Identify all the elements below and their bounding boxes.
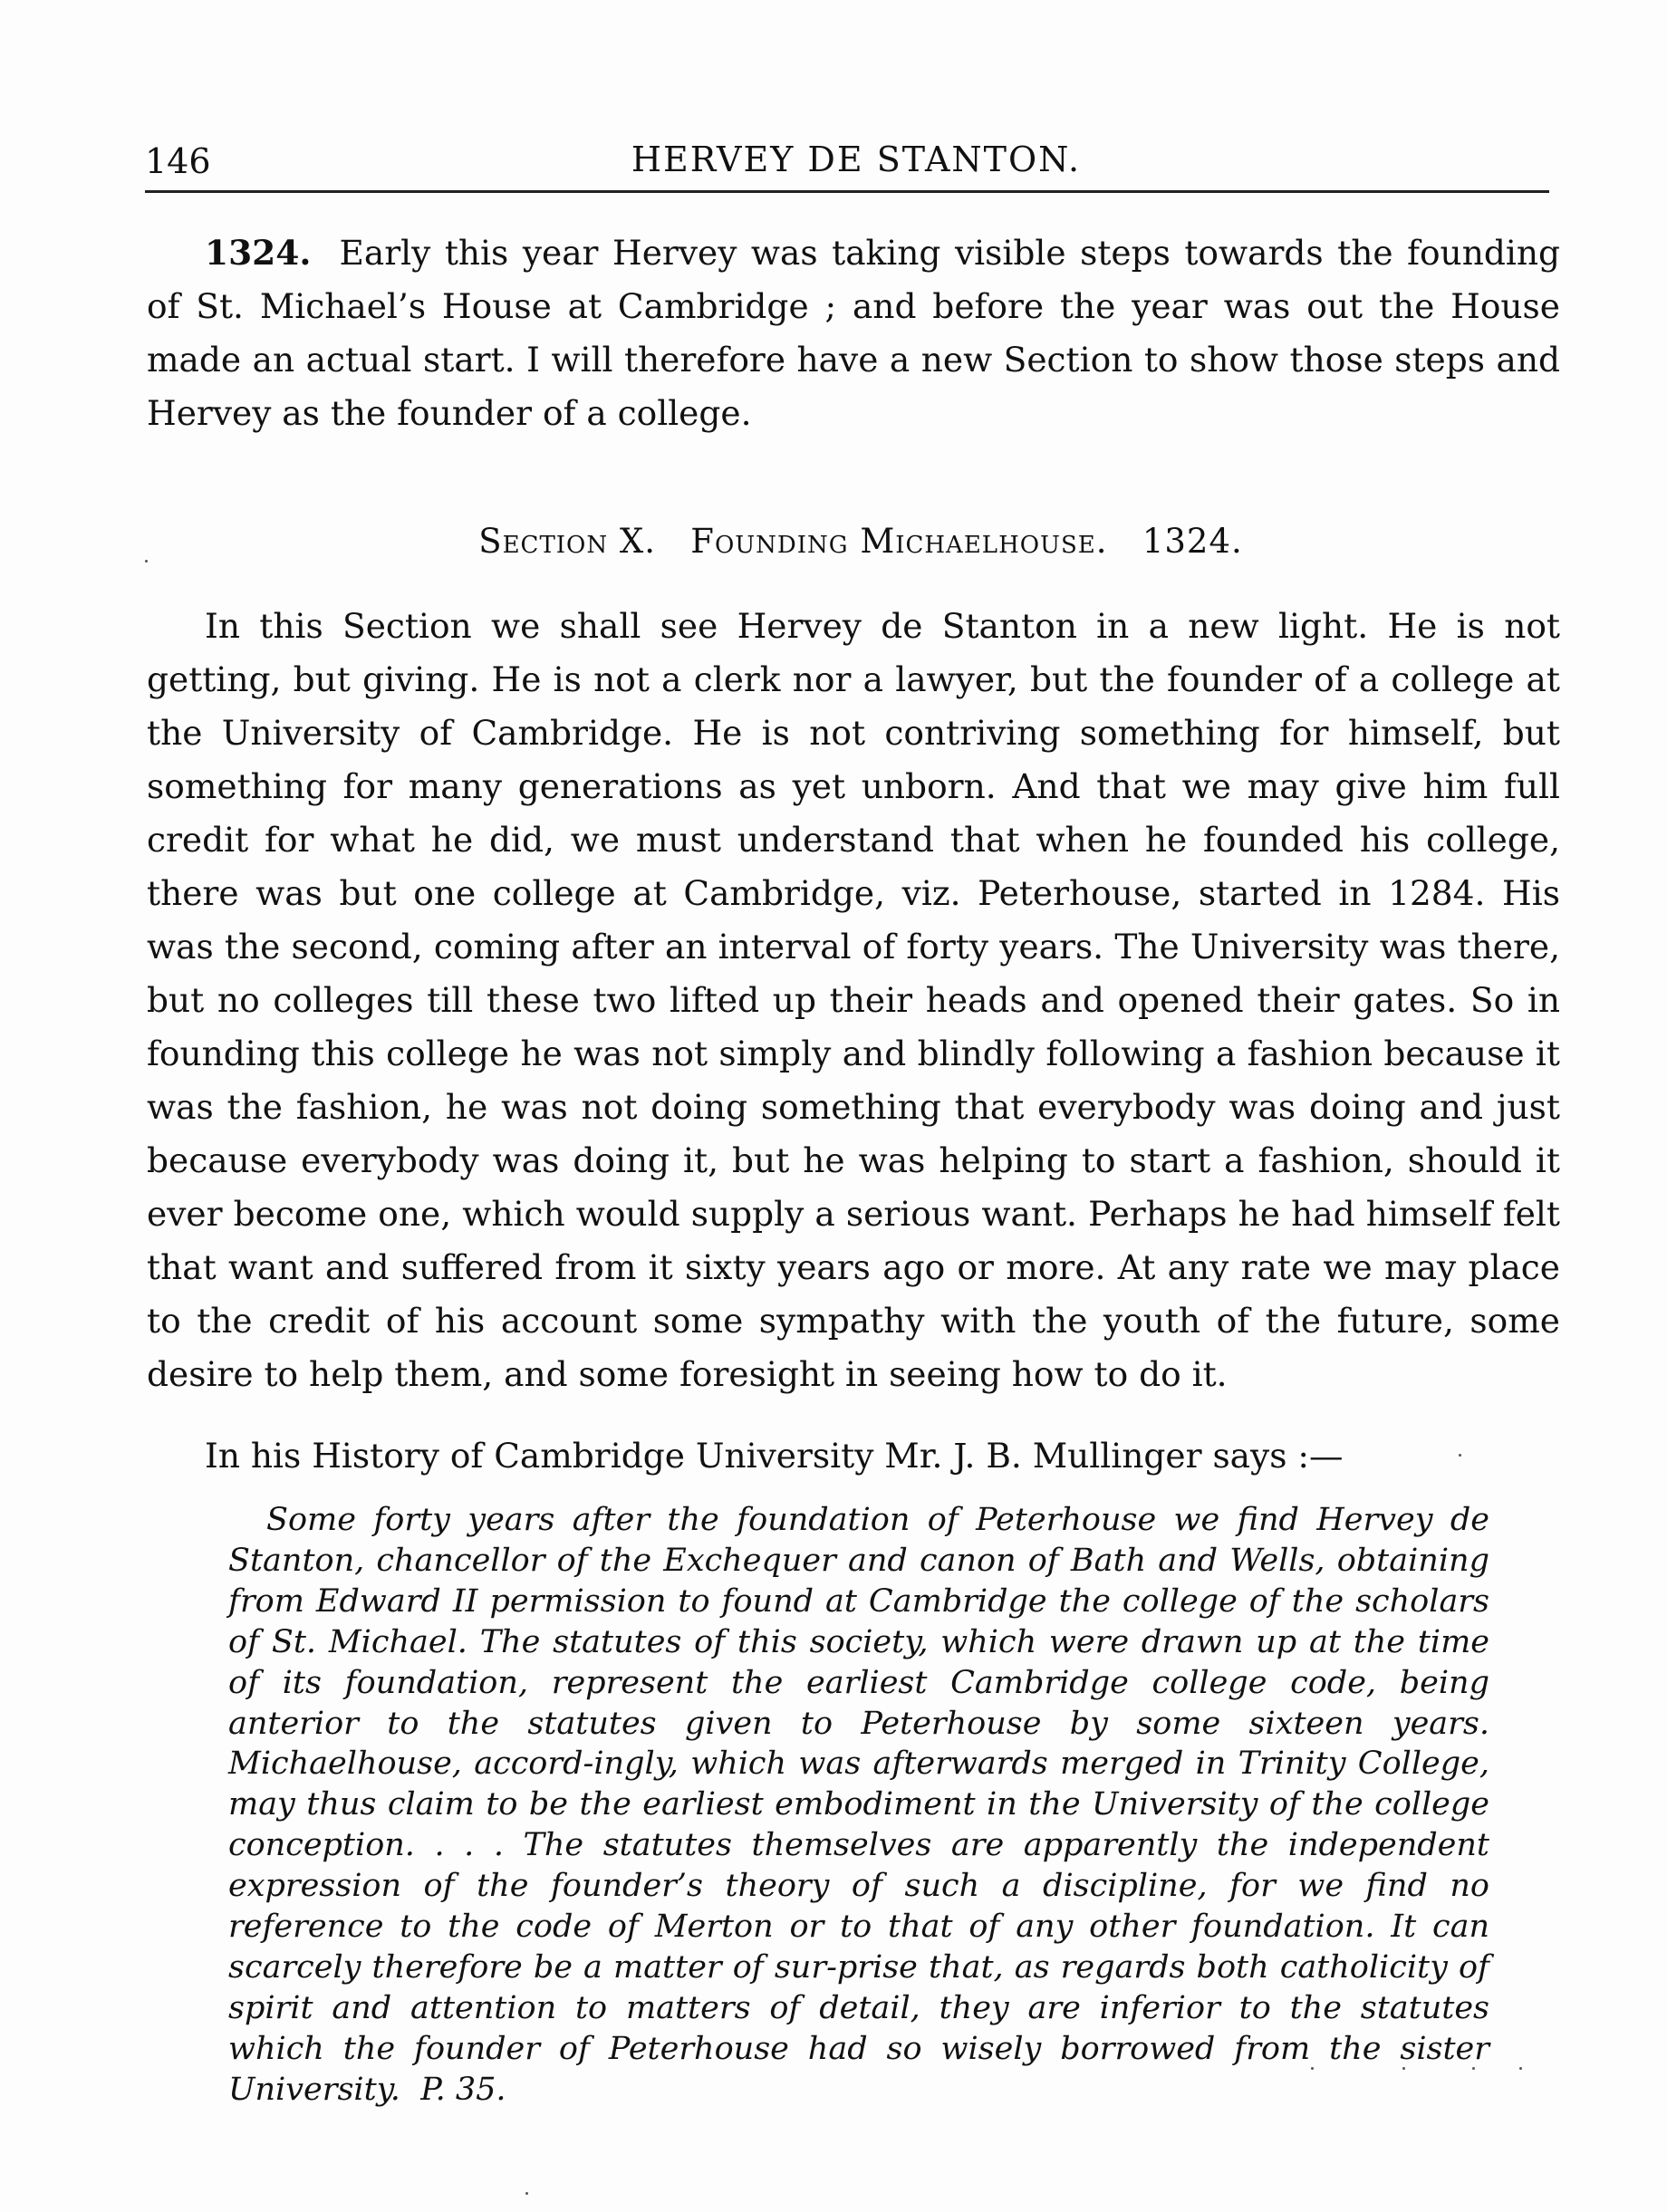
section-title: Founding Michaelhouse. — [690, 522, 1107, 561]
scan-speck — [145, 560, 148, 563]
quote-intro: In his History of Cambridge University M… — [147, 1429, 1560, 1483]
scan-speck — [1472, 2067, 1475, 2070]
block-quotation: Some forty years after the foundation of… — [228, 1500, 1489, 2111]
section-number: Section X. — [478, 522, 656, 561]
quotation-text: Some forty years after the foundation of… — [228, 1502, 1489, 2108]
running-title: HERVEY DE STANTON. — [145, 139, 1567, 179]
scan-speck — [1459, 1454, 1461, 1457]
section-year: 1324. — [1142, 522, 1243, 561]
header-rule — [145, 190, 1549, 193]
section-heading: Section X. Founding Michaelhouse. 1324. — [145, 522, 1576, 561]
intro-paragraph: 1324. Early this year Hervey was taking … — [147, 226, 1560, 440]
scan-speck — [1311, 2067, 1314, 2070]
intro-paragraph-text: Early this year Hervey was taking visibl… — [147, 233, 1560, 433]
scan-speck — [1402, 2067, 1405, 2070]
scan-speck — [525, 2192, 528, 2195]
book-page: 146 HERVEY DE STANTON. 1324. Early this … — [0, 0, 1667, 2212]
running-head: 146 HERVEY DE STANTON. — [145, 136, 1558, 190]
scan-speck — [1519, 2067, 1522, 2070]
year-label: 1324. — [205, 233, 311, 273]
body-paragraph: In this Section we shall see Hervey de S… — [147, 600, 1560, 1401]
quotation-reference: P. 35. — [420, 2072, 506, 2108]
